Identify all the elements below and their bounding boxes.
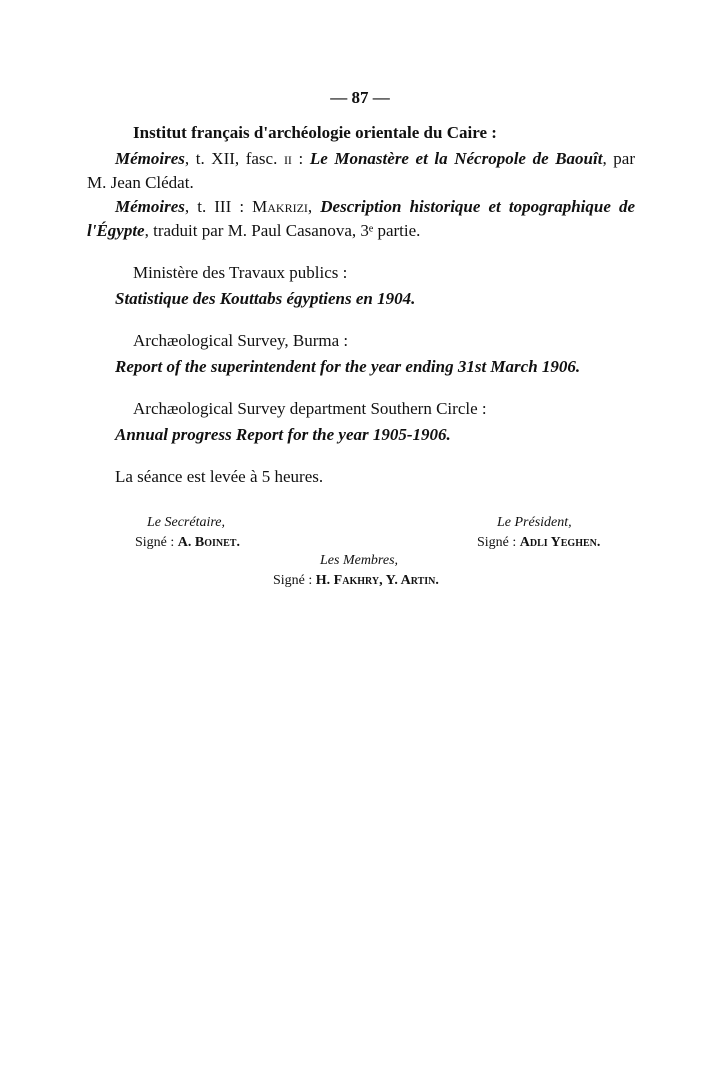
signatory-name: H. Fakhry, Y. Artin. (316, 573, 439, 588)
entry-burma-report: Report of the superintendent for the yea… (115, 356, 580, 378)
section-heading-institut: Institut français d'archéologie oriental… (133, 122, 497, 144)
section-heading-southern-circle: Archæological Survey department Southern… (133, 398, 487, 420)
signature-title: Le Secrétaire, (147, 513, 240, 533)
signature-title: Les Membres, (320, 551, 439, 571)
work-title: Description historique et topographique … (320, 197, 635, 216)
translator-note: , traduit par M. Paul Casanova, 3ᵉ parti… (145, 221, 421, 240)
document-page: — 87 — Institut français d'archéologie o… (0, 0, 720, 1082)
series-title: Mémoires (115, 197, 185, 216)
section-heading-ministere: Ministère des Travaux publics : (133, 262, 347, 284)
signature-president: Le Président, Signé : Adli Yeghen. (497, 513, 600, 553)
entry-memoires-xii-line2: M. Jean Clédat. (87, 172, 194, 194)
separator: : (292, 149, 310, 168)
signature-line: Signé : Adli Yeghen. (477, 533, 600, 553)
author-name: Makrizi (252, 197, 308, 216)
separator: , (308, 197, 320, 216)
volume-ref: , t. III : (185, 197, 252, 216)
signatory-name: A. Boinet. (178, 535, 240, 550)
series-title: Mémoires (115, 149, 185, 168)
work-title-continued: l'Égypte (87, 221, 145, 240)
section-heading-burma: Archæological Survey, Burma : (133, 330, 348, 352)
signature-line: Signé : H. Fakhry, Y. Artin. (273, 571, 439, 591)
signature-line: Signé : A. Boinet. (135, 533, 240, 553)
closing-statement: La séance est levée à 5 heures. (115, 466, 323, 488)
entry-southern-circle-report: Annual progress Report for the year 1905… (115, 424, 451, 446)
fascicle-number: ii (284, 149, 292, 168)
signature-title: Le Président, (497, 513, 600, 533)
work-title: Le Monastère et la Nécropole de Baouît (310, 149, 603, 168)
entry-memoires-xii-line1: Mémoires, t. XII, fasc. ii : Le Monastèr… (115, 148, 635, 170)
page-number: — 87 — (0, 87, 720, 109)
entry-memoires-iii-line1: Mémoires, t. III : Makrizi, Description … (115, 196, 635, 218)
signature-members: Les Membres, Signé : H. Fakhry, Y. Artin… (320, 551, 439, 591)
entry-memoires-iii-line2: l'Égypte, traduit par M. Paul Casanova, … (87, 220, 420, 242)
entry-statistique: Statistique des Kouttabs égyptiens en 19… (115, 288, 415, 310)
entry-tail: , par (602, 149, 635, 168)
signatory-name: Adli Yeghen. (520, 535, 601, 550)
volume-ref: , t. XII, fasc. (185, 149, 284, 168)
signature-secretary: Le Secrétaire, Signé : A. Boinet. (147, 513, 240, 553)
